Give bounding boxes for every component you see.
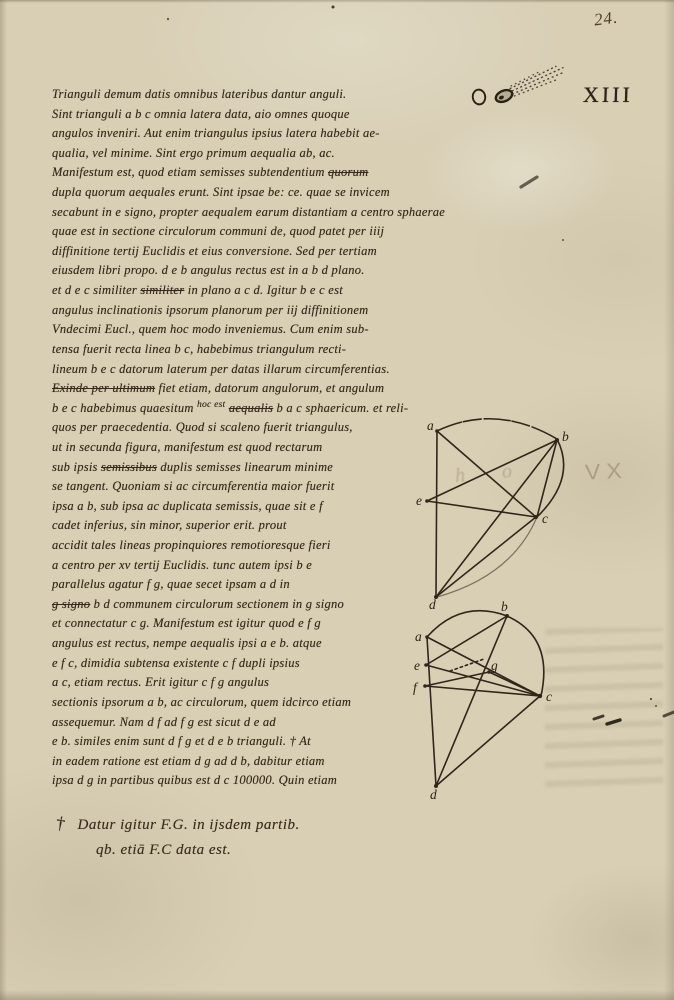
chapter-numeral: XIII [583, 82, 634, 108]
text-line: Vndecimi Eucl., quem hoc modo inveniemus… [52, 322, 464, 342]
text-line: assequemur. Nam d f ad f g est sicut d e… [52, 715, 464, 735]
text-line: Exinde per ultimum fiet etiam, datorum a… [52, 381, 464, 401]
text-line: secabunt in e signo, propter aequalem ea… [52, 205, 464, 225]
text-line: quae est in sectione circulorum communi … [52, 224, 464, 244]
fig2-label-g: g [491, 658, 498, 673]
text-line: ipsa d g in partibus quibus est d c 1000… [52, 773, 464, 793]
text-line: in eadem ratione est etiam d g ad d b, d… [52, 754, 464, 774]
folio-number: 24. [593, 8, 620, 31]
text-line: Manifestum est, quod etiam semisses subt… [52, 165, 464, 185]
text-line: Sint trianguli a b c omnia latera data, … [52, 107, 464, 127]
text-line: a c, etiam rectus. Erit igitur c f g ang… [52, 675, 464, 695]
text-line: angulus inclinationis ipsorum planorum p… [52, 303, 464, 323]
text-line: angulus est rectus, nempe aequalis ipsi … [52, 636, 464, 656]
manuscript-text: Trianguli demum datis omnibus lateribus … [52, 87, 464, 793]
text-line: se tangent. Quoniam si ac circumferentia… [52, 479, 464, 499]
text-line: sectionis ipsorum a b, ac circulorum, qu… [52, 695, 464, 715]
fig2-label-b: b [501, 599, 508, 614]
manuscript-page: 24. XIII Trianguli demum datis omnibus l… [0, 0, 674, 1000]
text-line: ut in secunda figura, manifestum est quo… [52, 440, 464, 460]
watermark: VX [584, 458, 628, 486]
fig2-label-c: c [546, 689, 552, 704]
text-line: b e c habebimus quaesitum hoc est aequal… [52, 401, 464, 421]
text-line: tensa fuerit recta linea b c, habebimus … [52, 342, 464, 362]
ghost-showthrough-letters: h o [454, 459, 529, 488]
fig1-label-c: c [542, 511, 548, 526]
text-line: ipsa a b, sub ipsa ac duplicata semissis… [52, 499, 464, 519]
text-line: sub ipsis semissibus duplis semisses lin… [52, 460, 464, 480]
text-line: parallelus agatur f g, quae secet ipsam … [52, 577, 464, 597]
text-line: quos per praecedentia. Quod si scaleno f… [52, 420, 464, 440]
text-line: accidit tales lineas propinquiores remot… [52, 538, 464, 558]
margin-note: †Datur igitur F.G. in ijsdem partib. qb.… [56, 813, 300, 859]
fig1-label-b: b [562, 429, 569, 444]
text-line: e b. similes enim sunt d f g et d e b tr… [52, 734, 464, 754]
margin-note-line1: Datur igitur F.G. in ijsdem partib. [78, 817, 300, 833]
o-mark-icon [472, 89, 486, 105]
text-line: e f c, dimidia subtensa existente c f du… [52, 656, 464, 676]
text-line: et d e c similiter similiter in plano a … [52, 283, 464, 303]
comet-sketch-icon [493, 62, 567, 104]
ghost-showthrough-text [545, 628, 663, 796]
text-line: lineum b e c datorum laterum per datas i… [52, 362, 464, 382]
text-line: angulos inveniri. Aut enim triangulus ip… [52, 126, 464, 146]
text-line: Trianguli demum datis omnibus lateribus … [52, 87, 464, 107]
dagger-mark-icon: † [54, 812, 67, 834]
text-line: g signo b d communem circulorum sectione… [52, 597, 464, 617]
text-line: dupla quorum aequales erunt. Sint ipsae … [52, 185, 464, 205]
text-line: cadet inferius, sin minor, superior erit… [52, 518, 464, 538]
text-line: a centro per xv tertij Euclidis. tunc au… [52, 558, 464, 578]
text-line: eiusdem libri propo. d e b angulus rectu… [52, 263, 464, 283]
text-line: et connectatur c g. Manifestum est igitu… [52, 616, 464, 636]
text-line: diffinitione tertij Euclidis et eius con… [52, 244, 464, 264]
text-line: qualia, vel minime. Sint ergo primum aeq… [52, 146, 464, 166]
margin-note-line2: qb. etiā F.C data est. [96, 842, 300, 859]
